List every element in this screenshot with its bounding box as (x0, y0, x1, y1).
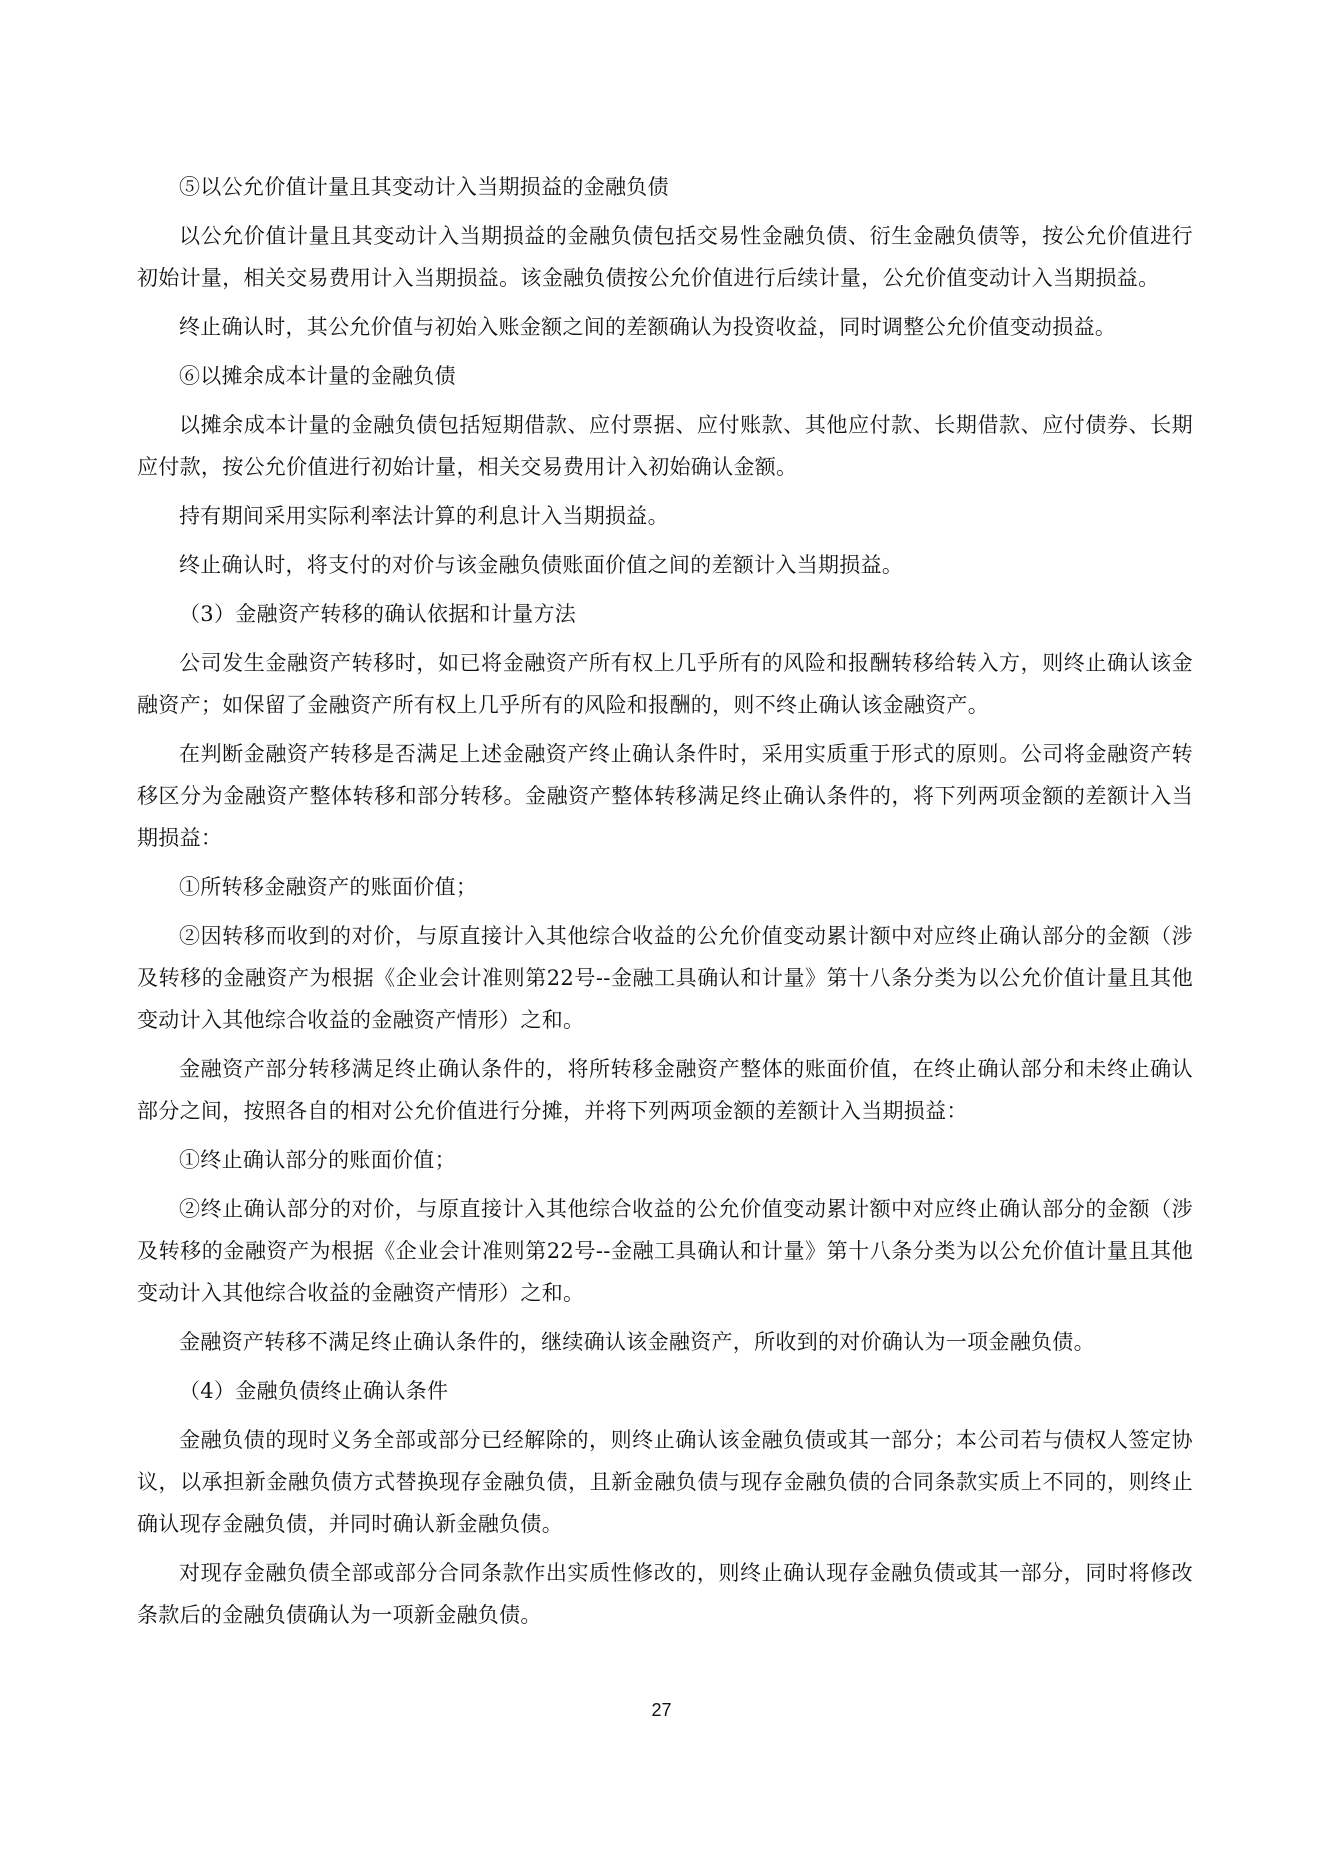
body-paragraph: 终止确认时，其公允价值与初始入账金额之间的差额确认为投资收益，同时调整公允价值变… (137, 306, 1193, 348)
body-paragraph: 对现存金融负债全部或部分合同条款作出实质性修改的，则终止确认现存金融负债或其一部… (137, 1552, 1193, 1636)
body-paragraph: 金融负债的现时义务全部或部分已经解除的，则终止确认该金融负债或其一部分；本公司若… (137, 1419, 1193, 1545)
section-heading: ⑥以摊余成本计量的金融负债 (137, 355, 1193, 397)
body-paragraph: 在判断金融资产转移是否满足上述金融资产终止确认条件时，采用实质重于形式的原则。公… (137, 733, 1193, 859)
section-heading: （4）金融负债终止确认条件 (137, 1370, 1193, 1412)
body-paragraph: 持有期间采用实际利率法计算的利息计入当期损益。 (137, 495, 1193, 537)
body-paragraph: 以摊余成本计量的金融负债包括短期借款、应付票据、应付账款、其他应付款、长期借款、… (137, 404, 1193, 488)
document-page: ⑤以公允价值计量且其变动计入当期损益的金融负债 以公允价值计量且其变动计入当期损… (137, 166, 1193, 1643)
section-heading: （3）金融资产转移的确认依据和计量方法 (137, 593, 1193, 635)
body-paragraph: 公司发生金融资产转移时，如已将金融资产所有权上几乎所有的风险和报酬转移给转入方，… (137, 642, 1193, 726)
list-item: ②终止确认部分的对价，与原直接计入其他综合收益的公允价值变动累计额中对应终止确认… (137, 1188, 1193, 1314)
section-heading: ⑤以公允价值计量且其变动计入当期损益的金融负债 (137, 166, 1193, 208)
body-paragraph: 以公允价值计量且其变动计入当期损益的金融负债包括交易性金融负债、衍生金融负债等，… (137, 215, 1193, 299)
body-paragraph: 金融资产转移不满足终止确认条件的，继续确认该金融资产，所收到的对价确认为一项金融… (137, 1321, 1193, 1363)
list-item: ①终止确认部分的账面价值； (137, 1139, 1193, 1181)
page-number: 27 (0, 1700, 1323, 1721)
body-paragraph: 金融资产部分转移满足终止确认条件的，将所转移金融资产整体的账面价值，在终止确认部… (137, 1048, 1193, 1132)
body-paragraph: 终止确认时，将支付的对价与该金融负债账面价值之间的差额计入当期损益。 (137, 544, 1193, 586)
list-item: ②因转移而收到的对价，与原直接计入其他综合收益的公允价值变动累计额中对应终止确认… (137, 915, 1193, 1041)
list-item: ①所转移金融资产的账面价值； (137, 866, 1193, 908)
